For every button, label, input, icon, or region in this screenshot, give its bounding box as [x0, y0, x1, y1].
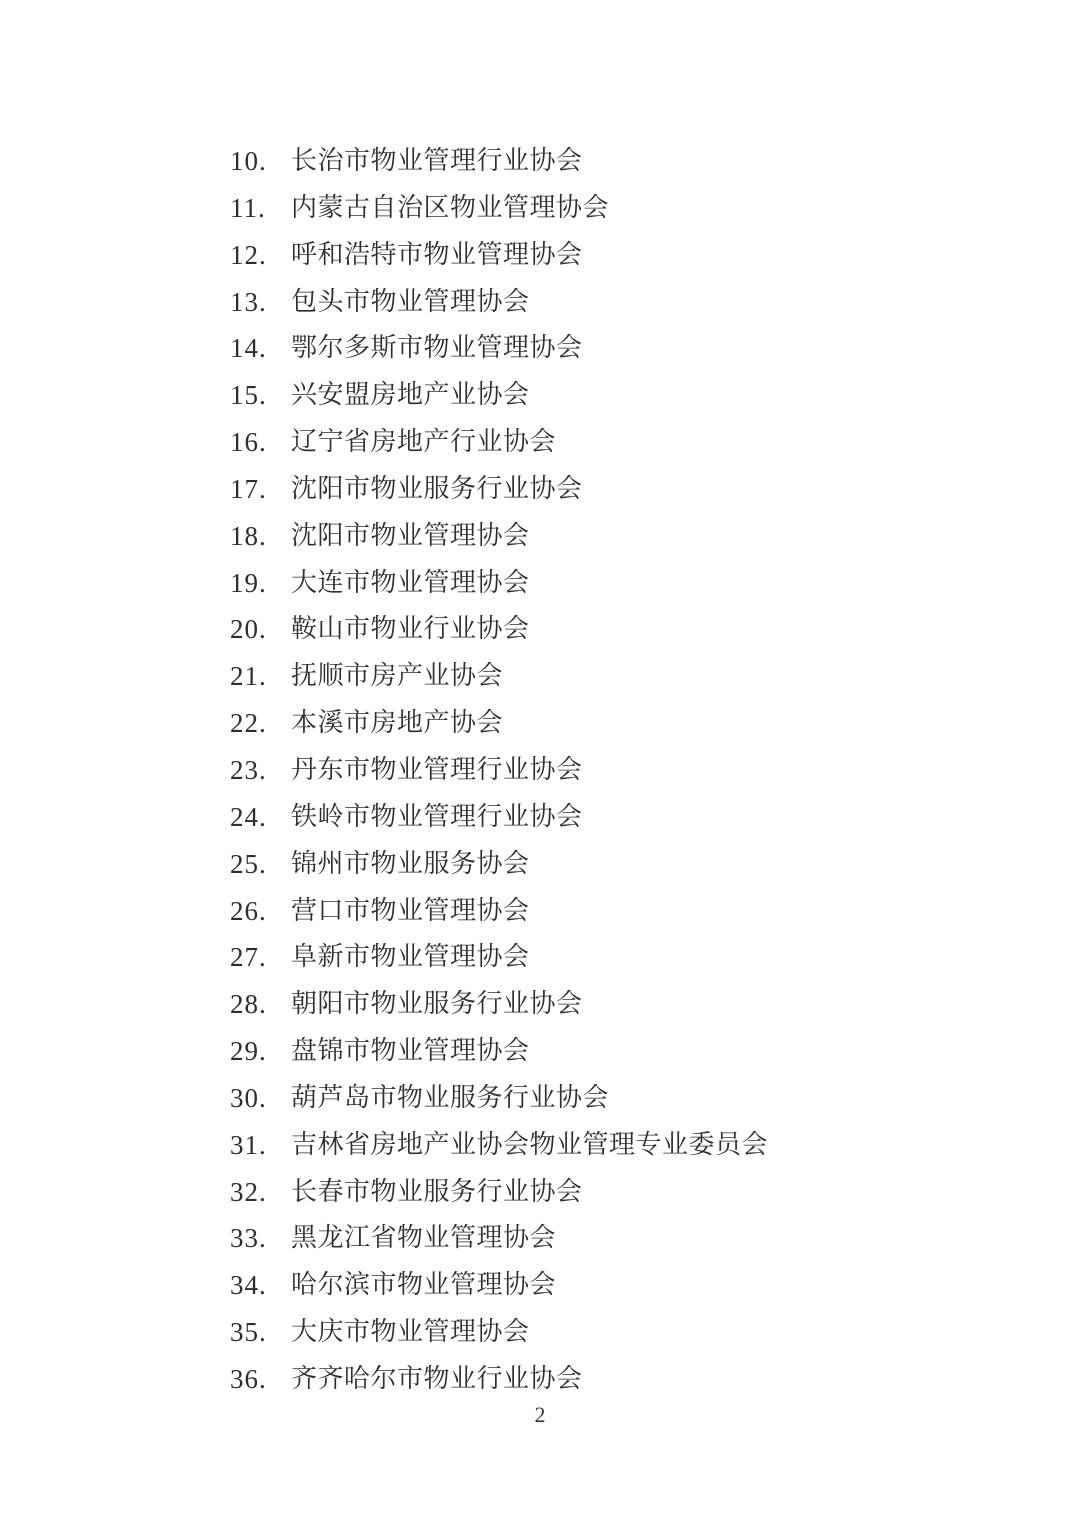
- item-name: 哈尔滨市物业管理协会: [291, 1262, 556, 1309]
- item-number: 23.: [230, 747, 291, 794]
- item-number: 33.: [230, 1215, 291, 1262]
- item-name: 长春市物业服务行业协会: [291, 1169, 583, 1216]
- item-name: 呼和浩特市物业管理协会: [291, 232, 583, 279]
- list-item: 24. 铁岭市物业管理行业协会: [230, 794, 1020, 841]
- item-number: 27.: [230, 934, 291, 981]
- item-name: 阜新市物业管理协会: [291, 934, 530, 981]
- list-item: 25. 锦州市物业服务协会: [230, 841, 1020, 888]
- item-name: 沈阳市物业管理协会: [291, 513, 530, 560]
- list-item: 36. 齐齐哈尔市物业行业协会: [230, 1356, 1020, 1403]
- list-item: 34. 哈尔滨市物业管理协会: [230, 1262, 1020, 1309]
- list-item: 18. 沈阳市物业管理协会: [230, 513, 1020, 560]
- list-item: 14. 鄂尔多斯市物业管理协会: [230, 325, 1020, 372]
- item-number: 10.: [230, 138, 291, 185]
- item-number: 31.: [230, 1122, 291, 1169]
- list-item: 15. 兴安盟房地产业协会: [230, 372, 1020, 419]
- item-number: 16.: [230, 419, 291, 466]
- item-number: 28.: [230, 981, 291, 1028]
- list-item: 20. 鞍山市物业行业协会: [230, 606, 1020, 653]
- list-item: 32. 长春市物业服务行业协会: [230, 1169, 1020, 1216]
- item-name: 兴安盟房地产业协会: [291, 372, 530, 419]
- list-item: 23. 丹东市物业管理行业协会: [230, 747, 1020, 794]
- document-page: 10. 长治市物业管理行业协会 11. 内蒙古自治区物业管理协会 12. 呼和浩…: [0, 0, 1080, 1527]
- list-item: 11. 内蒙古自治区物业管理协会: [230, 185, 1020, 232]
- item-name: 葫芦岛市物业服务行业协会: [291, 1075, 609, 1122]
- item-name: 辽宁省房地产行业协会: [291, 419, 556, 466]
- item-name: 吉林省房地产业协会物业管理专业委员会: [291, 1122, 768, 1169]
- list-item: 12. 呼和浩特市物业管理协会: [230, 232, 1020, 279]
- item-number: 11.: [230, 185, 291, 232]
- list-item: 22. 本溪市房地产协会: [230, 700, 1020, 747]
- item-name: 沈阳市物业服务行业协会: [291, 466, 583, 513]
- item-name: 鄂尔多斯市物业管理协会: [291, 325, 583, 372]
- item-number: 32.: [230, 1169, 291, 1216]
- item-name: 抚顺市房产业协会: [291, 653, 503, 700]
- list-item: 21. 抚顺市房产业协会: [230, 653, 1020, 700]
- item-number: 21.: [230, 653, 291, 700]
- list-item: 33. 黑龙江省物业管理协会: [230, 1215, 1020, 1262]
- list-item: 31. 吉林省房地产业协会物业管理专业委员会: [230, 1122, 1020, 1169]
- item-number: 15.: [230, 372, 291, 419]
- list-item: 16. 辽宁省房地产行业协会: [230, 419, 1020, 466]
- item-name: 黑龙江省物业管理协会: [291, 1215, 556, 1262]
- item-name: 内蒙古自治区物业管理协会: [291, 185, 609, 232]
- item-name: 大庆市物业管理协会: [291, 1309, 530, 1356]
- association-list: 10. 长治市物业管理行业协会 11. 内蒙古自治区物业管理协会 12. 呼和浩…: [0, 0, 1080, 1403]
- item-number: 18.: [230, 513, 291, 560]
- item-name: 大连市物业管理协会: [291, 560, 530, 607]
- item-number: 20.: [230, 606, 291, 653]
- item-number: 25.: [230, 841, 291, 888]
- item-number: 30.: [230, 1075, 291, 1122]
- item-number: 24.: [230, 794, 291, 841]
- item-name: 包头市物业管理协会: [291, 279, 530, 326]
- item-name: 锦州市物业服务协会: [291, 841, 530, 888]
- item-number: 14.: [230, 325, 291, 372]
- item-name: 鞍山市物业行业协会: [291, 606, 530, 653]
- item-number: 19.: [230, 560, 291, 607]
- item-name: 铁岭市物业管理行业协会: [291, 794, 583, 841]
- item-number: 17.: [230, 466, 291, 513]
- item-number: 34.: [230, 1262, 291, 1309]
- list-item: 10. 长治市物业管理行业协会: [230, 138, 1020, 185]
- list-item: 13. 包头市物业管理协会: [230, 279, 1020, 326]
- item-name: 盘锦市物业管理协会: [291, 1028, 530, 1075]
- list-item: 35. 大庆市物业管理协会: [230, 1309, 1020, 1356]
- list-item: 27. 阜新市物业管理协会: [230, 934, 1020, 981]
- page-number: 2: [0, 1402, 1080, 1428]
- item-name: 丹东市物业管理行业协会: [291, 747, 583, 794]
- item-name: 朝阳市物业服务行业协会: [291, 981, 583, 1028]
- item-number: 13.: [230, 279, 291, 326]
- item-name: 长治市物业管理行业协会: [291, 138, 583, 185]
- item-name: 齐齐哈尔市物业行业协会: [291, 1356, 583, 1403]
- list-item: 28. 朝阳市物业服务行业协会: [230, 981, 1020, 1028]
- item-number: 29.: [230, 1028, 291, 1075]
- item-name: 本溪市房地产协会: [291, 700, 503, 747]
- item-number: 35.: [230, 1309, 291, 1356]
- item-number: 22.: [230, 700, 291, 747]
- list-item: 30. 葫芦岛市物业服务行业协会: [230, 1075, 1020, 1122]
- item-number: 36.: [230, 1356, 291, 1403]
- list-item: 29. 盘锦市物业管理协会: [230, 1028, 1020, 1075]
- item-number: 12.: [230, 232, 291, 279]
- list-item: 26. 营口市物业管理协会: [230, 888, 1020, 935]
- list-item: 17. 沈阳市物业服务行业协会: [230, 466, 1020, 513]
- item-number: 26.: [230, 888, 291, 935]
- item-name: 营口市物业管理协会: [291, 888, 530, 935]
- list-item: 19. 大连市物业管理协会: [230, 560, 1020, 607]
